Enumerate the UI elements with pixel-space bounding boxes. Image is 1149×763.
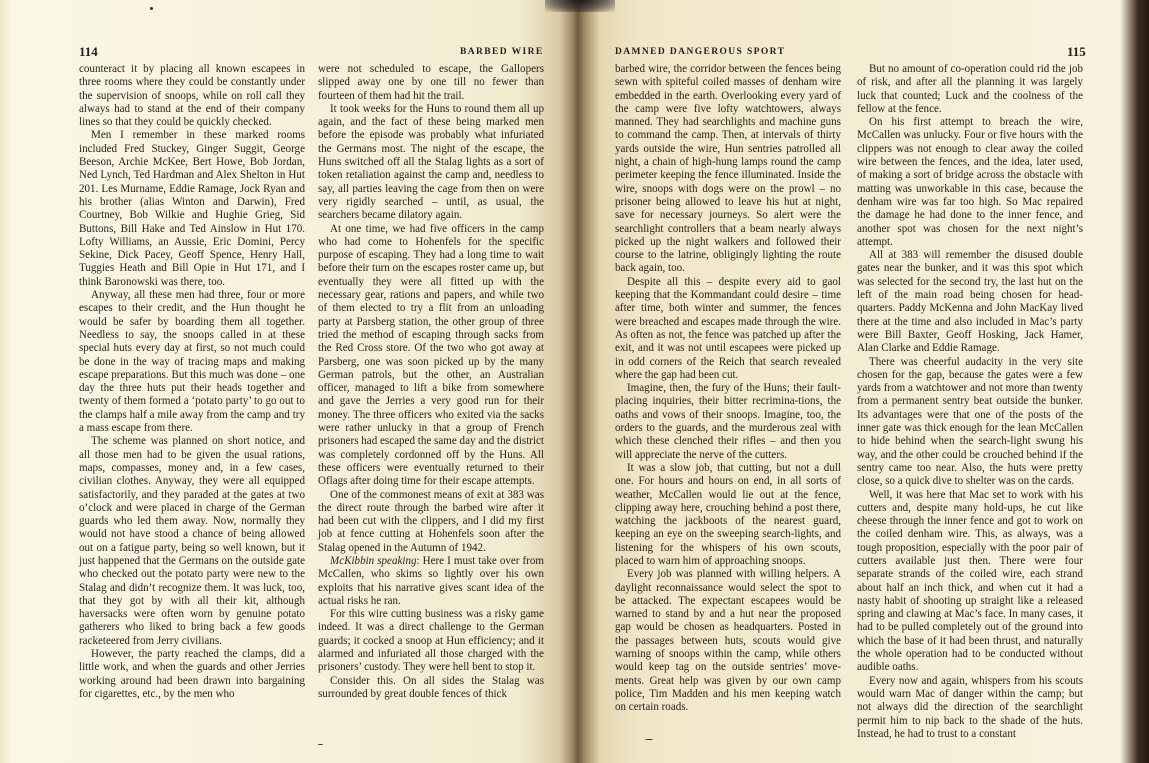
paragraph: One of the commonest means of exit at 38… (318, 489, 544, 555)
paragraph: All at 383 will remember the disused dou… (857, 249, 1083, 355)
paragraph: Men I remember in these marked rooms inc… (79, 129, 305, 289)
paragraph: Every now and again, whispers from his s… (857, 675, 1083, 741)
paragraph: It took weeks for the Huns to round them… (318, 103, 544, 223)
paragraph: But no amount of co-operation could rid … (857, 63, 1083, 116)
print-speck (645, 739, 653, 740)
right-page-number: 115 (1067, 45, 1086, 59)
left-running-head: BARBED WIRE (460, 45, 544, 59)
paragraph: McKibbin speaking: Here I must take over… (318, 555, 544, 608)
paragraph: Well, it was here that Mac set to work w… (857, 489, 1083, 675)
paragraph: Every job was planned with willing helpe… (615, 568, 841, 714)
paragraph: counteract it by placing all known escap… (79, 63, 305, 129)
paragraph: Consider this. On all sides the Stalag w… (318, 675, 544, 702)
page-edge (0, 0, 14, 763)
right-page-column-2: But no amount of co-operation could rid … (857, 63, 1083, 741)
print-speck (318, 744, 323, 745)
paragraph: For this wire cutting business was a ris… (318, 608, 544, 674)
open-book-spread: 114 BARBED WIRE DAMNED DANGEROUS SPORT 1… (0, 0, 1149, 763)
paragraph: At one time, we had five officers in the… (318, 223, 544, 489)
paragraph: Despite all this – despite every aid to … (615, 276, 841, 382)
spine-top-shadow (545, 0, 615, 12)
paragraph: There was cheerful audacity in the very … (857, 356, 1083, 489)
italic-lead: McKibbin speaking (330, 555, 417, 567)
left-page-column-2: were not scheduled to escape, the Gallop… (318, 63, 544, 701)
paragraph: On his first attempt to breach the wire,… (857, 116, 1083, 249)
paragraph: It was a slow job, that cutting, but not… (615, 462, 841, 568)
paragraph: Imagine, then, the fury of the Huns; the… (615, 382, 841, 462)
right-running-head: DAMNED DANGEROUS SPORT (615, 45, 785, 59)
left-page-number: 114 (79, 45, 98, 59)
paragraph: Anyway, all these men had three, four or… (79, 289, 305, 435)
paragraph: barbed wire, the corridor between the fe… (615, 63, 841, 276)
print-speck (150, 7, 153, 10)
left-page-column-1: counteract it by placing all known escap… (79, 63, 305, 701)
paragraph: However, the party reached the clamps, d… (79, 648, 305, 701)
right-page-column-1: barbed wire, the corridor between the fe… (615, 63, 841, 715)
paragraph: were not scheduled to escape, the Gallop… (318, 63, 544, 103)
paragraph: The scheme was planned on short notice, … (79, 435, 305, 648)
